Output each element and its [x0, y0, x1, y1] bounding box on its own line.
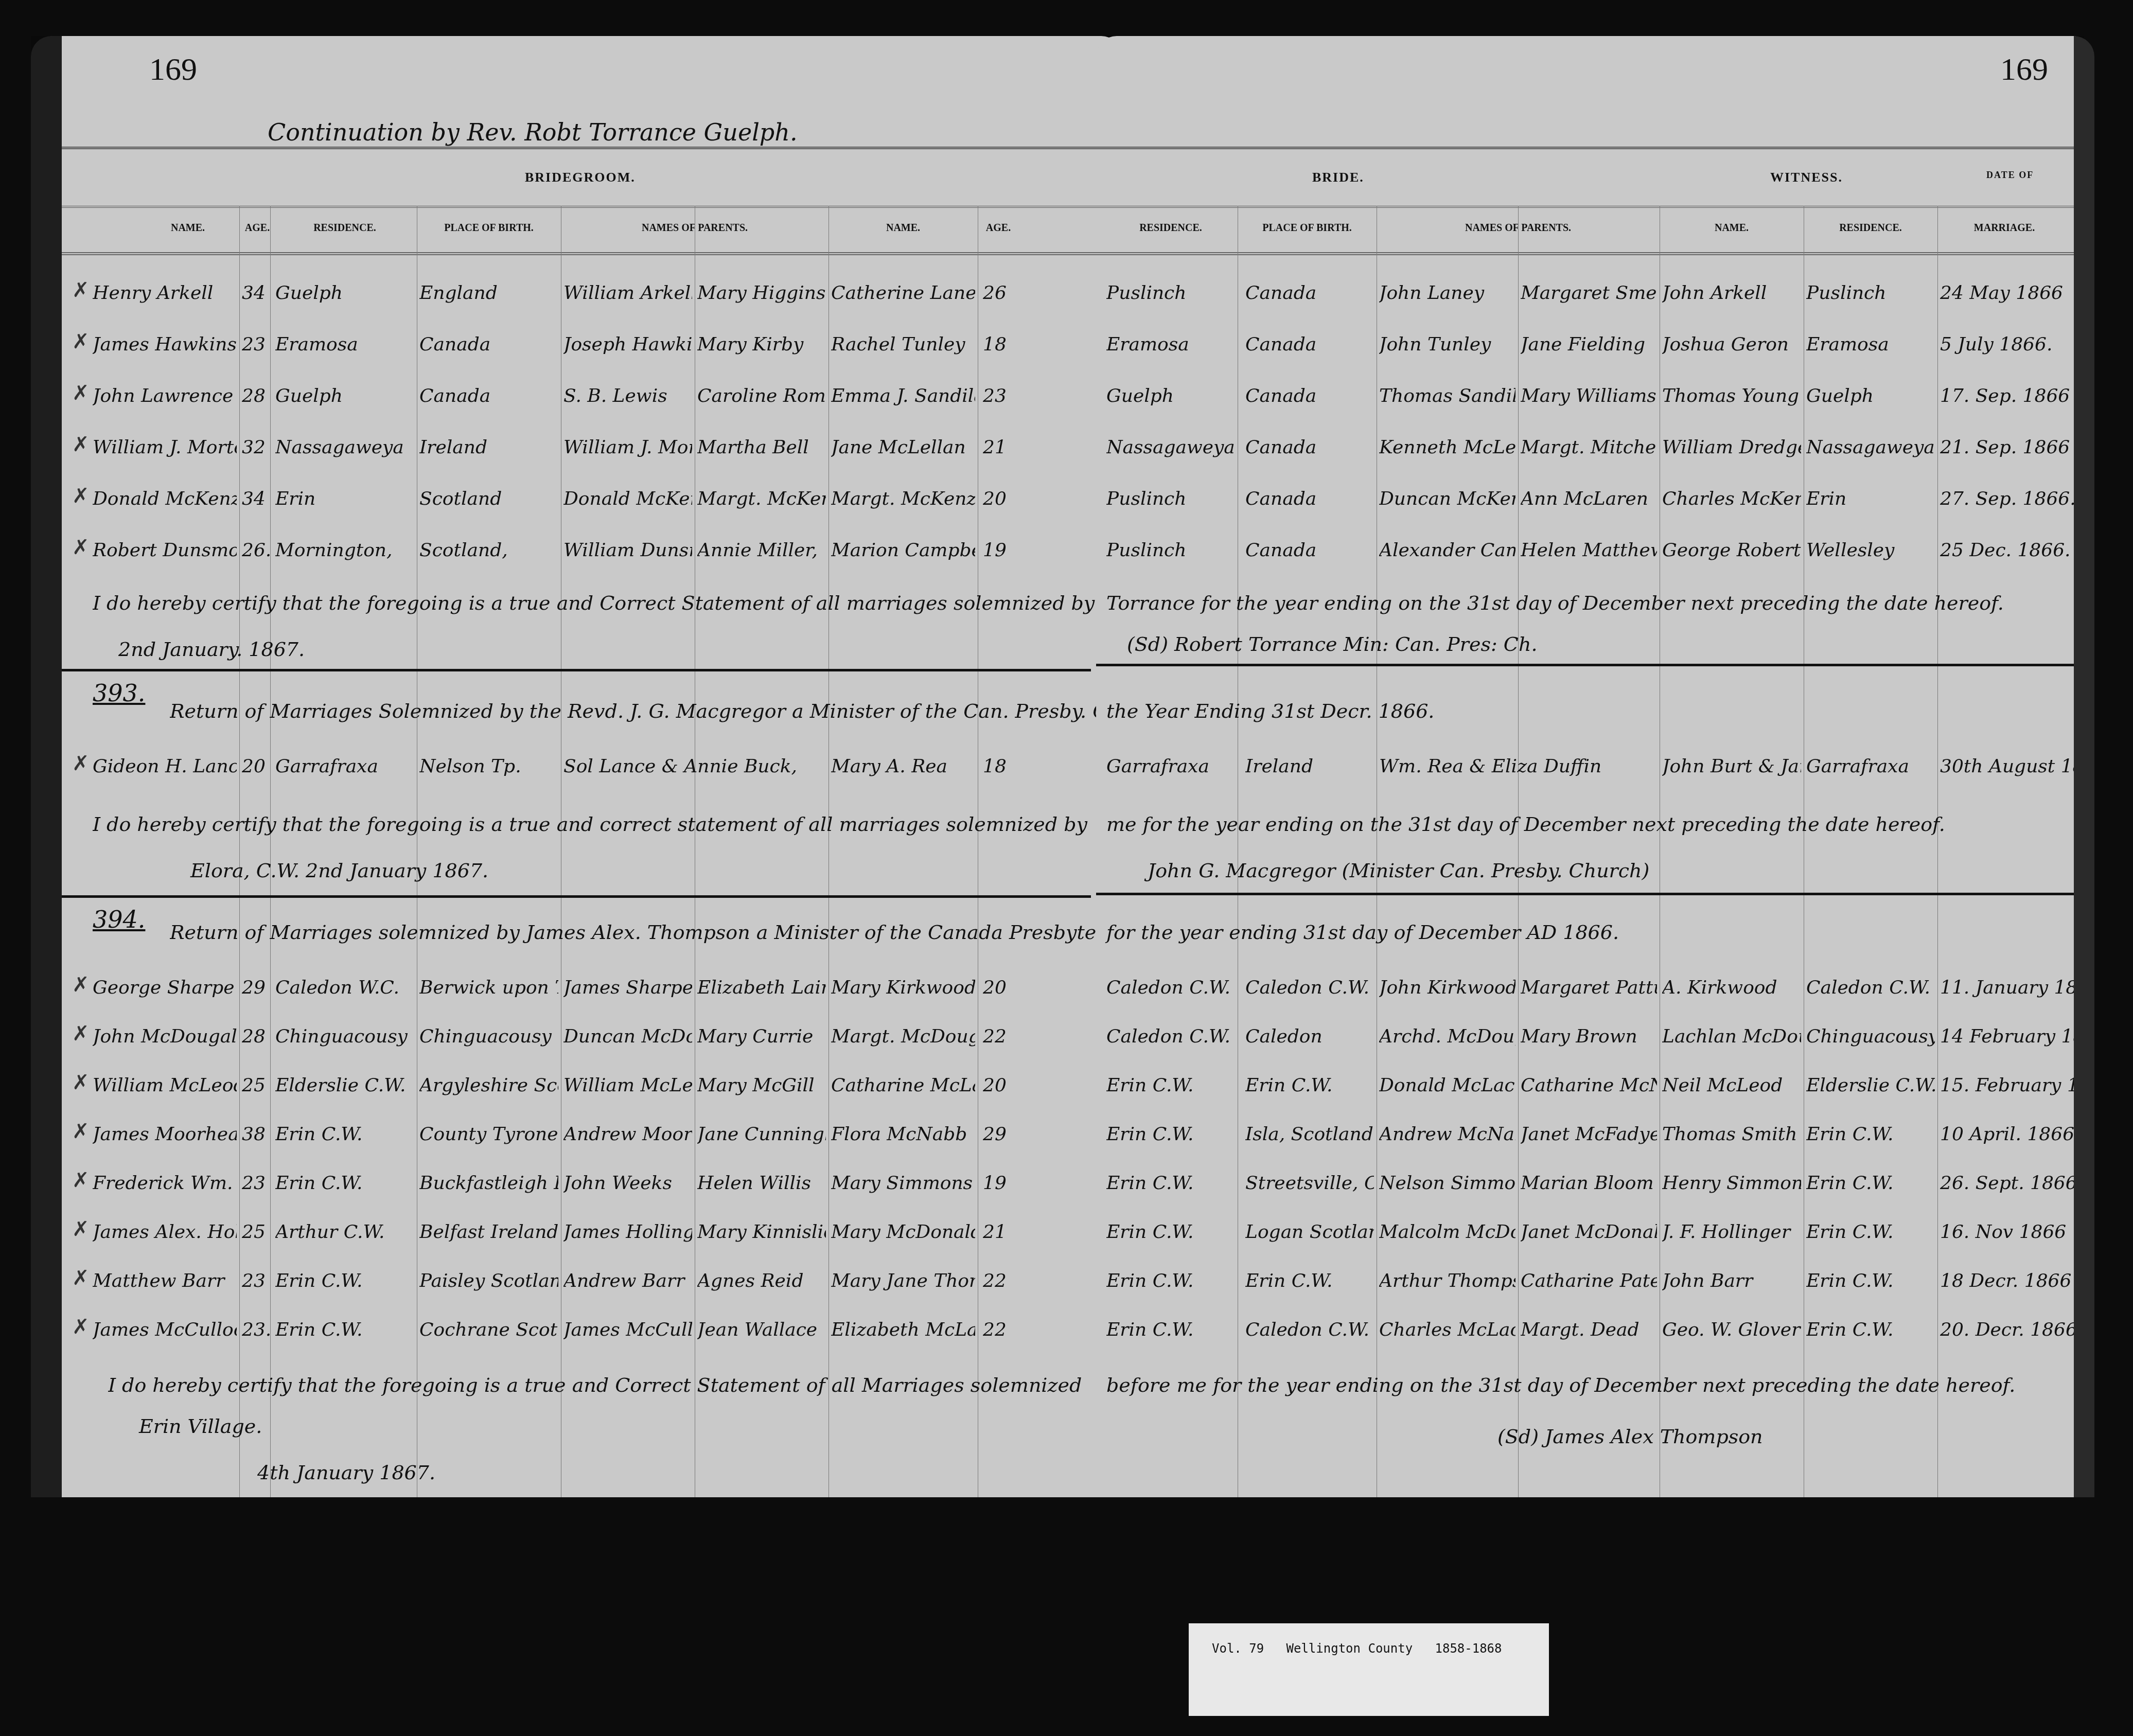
bride-name: Emma J. Sandilands: [831, 381, 975, 412]
bride-birthplace: Canada: [1245, 329, 1374, 360]
check-mark-icon: ✗: [72, 751, 90, 775]
table-row: ✗ James McCulloch 23. Erin C.W. Cochrane…: [62, 1315, 1122, 1366]
right-page: 169 BRIDE. WITNESS. DATE OF RESIDENCE. P…: [1096, 36, 2094, 1497]
groom-residence: Erin C.W.: [275, 1315, 414, 1345]
bride-birthplace: Ireland: [1245, 751, 1374, 782]
witness-residence: Erin C.W.: [1806, 1266, 1935, 1297]
groom-name: James Moorhead: [93, 1119, 237, 1150]
archive-label-text: Vol. 79 Wellington County 1858-1868: [1212, 1641, 1502, 1656]
bride-mother: Jane Fielding: [1521, 329, 1657, 360]
bride-residence: Caledon C.W.: [1106, 1021, 1235, 1052]
bride-name: Catharine McLachlan: [831, 1070, 975, 1101]
groom-father: James McCulloch: [563, 1315, 692, 1345]
bride-group-label: BRIDE.: [1312, 170, 1364, 185]
page-number-right: 169: [2000, 51, 2048, 88]
groom-birthplace: Scotland,: [419, 535, 558, 566]
groom-father: William Dunsmore: [563, 535, 692, 566]
table-row: ✗ William McLeod 25 Elderslie C.W. Argyl…: [62, 1070, 1122, 1122]
bride-age: 18: [983, 329, 1014, 360]
marriage-date: 14 February 1866: [1940, 1021, 2074, 1052]
groom-mother: Caroline Romain: [697, 381, 826, 412]
groom-mother: Mary Kinnislie: [697, 1217, 826, 1248]
groom-residence: Erin C.W.: [275, 1168, 414, 1199]
witness-residence: Garrafraxa: [1806, 751, 1935, 782]
col-groom-birthplace: PLACE OF BIRTH.: [417, 222, 561, 234]
witness-name: Thomas Young Grant: [1662, 381, 1801, 412]
table-row: Puslinch Canada Duncan McKenzie Ann McLa…: [1096, 484, 2074, 535]
groom-parents: Sol Lance & Annie Buck,: [563, 751, 826, 782]
bride-father: John Laney: [1379, 278, 1515, 309]
check-mark-icon: ✗: [72, 1266, 90, 1290]
page-number-left: 169: [149, 51, 197, 88]
bride-mother: Ann McLaren: [1521, 484, 1657, 515]
groom-mother: Martha Bell: [697, 432, 826, 463]
groom-age: 34: [242, 278, 270, 309]
bride-father: Donald McLachlan: [1379, 1070, 1515, 1101]
marriage-date: 5 July 1866.: [1940, 329, 2074, 360]
bride-residence: Puslinch: [1106, 535, 1235, 566]
groom-mother: Annie Miller,: [697, 535, 826, 566]
bride-birthplace: Logan Scotland: [1245, 1217, 1374, 1248]
marriage-date: 25 Dec. 1866.: [1940, 535, 2074, 566]
witness-residence: Erin C.W.: [1806, 1315, 1935, 1345]
place-394: Erin Village.: [139, 1415, 262, 1438]
bride-residence: Erin C.W.: [1106, 1168, 1235, 1199]
groom-residence: Elderslie C.W.: [275, 1070, 414, 1101]
marriage-date: 11. January 1866: [1940, 972, 2074, 1003]
bride-father: Alexander Campbell: [1379, 535, 1515, 566]
groom-residence: Caledon W.C.: [275, 972, 414, 1003]
witness-name: John Burt & Jane Burt: [1662, 751, 1801, 782]
table-row: ✗ William J. Morton 32 Nassagaweya Irela…: [62, 432, 1122, 484]
col-bride-age: AGE.: [983, 222, 1014, 234]
groom-father: Andrew Barr: [563, 1266, 692, 1297]
table-row: Erin C.W. Isla, Scotland Andrew McNabb J…: [1096, 1119, 2074, 1171]
check-mark-icon: ✗: [72, 329, 90, 353]
check-mark-icon: ✗: [72, 1021, 90, 1046]
bride-birthplace: Erin C.W.: [1245, 1070, 1374, 1101]
bride-father: Arthur Thompson: [1379, 1266, 1515, 1297]
bride-residence: Erin C.W.: [1106, 1315, 1235, 1345]
check-mark-icon: ✗: [72, 1168, 90, 1192]
table-row: Guelph Canada Thomas Sandilands Mary Wil…: [1096, 381, 2074, 432]
check-mark-icon: ✗: [72, 432, 90, 456]
groom-mother: Jean Wallace: [697, 1315, 826, 1345]
table-row: Caledon C.W. Caledon Archd. McDougall Ma…: [1096, 1021, 2074, 1073]
groom-mother: Jane Cunningham: [697, 1119, 826, 1150]
groom-father: John Weeks: [563, 1168, 692, 1199]
witness-name: A. Kirkwood: [1662, 972, 1801, 1003]
marriage-date: 27. Sep. 1866.: [1940, 484, 2074, 515]
signature-macgregor: John G. Macgregor (Minister Can. Presby.…: [1148, 859, 1649, 882]
col-witness-name: NAME.: [1660, 222, 1804, 234]
signature-torrance: (Sd) Robert Torrance Min: Can. Pres: Ch.: [1127, 633, 1538, 656]
check-mark-icon: ✗: [72, 484, 90, 508]
certification-statement-3: I do hereby certify that the foregoing i…: [108, 1374, 1117, 1396]
bride-mother: Marian Bloom: [1521, 1168, 1657, 1199]
table-row: Erin C.W. Logan Scotland Malcolm McDonal…: [1096, 1217, 2074, 1268]
groom-mother: Mary Higgins: [697, 278, 826, 309]
groom-residence: Erin C.W.: [275, 1266, 414, 1297]
groom-name: William McLeod: [93, 1070, 237, 1101]
col-bride-name: NAME.: [828, 222, 978, 234]
check-mark-icon: ✗: [72, 381, 90, 405]
col-groom-name: NAME.: [139, 222, 237, 234]
groom-name: John McDougall: [93, 1021, 237, 1052]
bride-name: Marion Campbell: [831, 535, 975, 566]
table-row: ✗ James Moorhead 38 Erin C.W. County Tyr…: [62, 1119, 1122, 1171]
table-row: Eramosa Canada John Tunley Jane Fielding…: [1096, 329, 2074, 381]
marriage-date: 18 Decr. 1866: [1940, 1266, 2074, 1297]
witness-residence: Wellesley: [1806, 535, 1935, 566]
bride-father: Thomas Sandilands: [1379, 381, 1515, 412]
groom-mother: Helen Willis: [697, 1168, 826, 1199]
bride-birthplace: Canada: [1245, 381, 1374, 412]
bride-residence: Puslinch: [1106, 278, 1235, 309]
witness-residence: Nassagaweya: [1806, 432, 1935, 463]
column-header-row: NAME. AGE. RESIDENCE. PLACE OF BIRTH. NA…: [62, 206, 1122, 255]
groom-name: William J. Morton: [93, 432, 237, 463]
bride-mother: Margaret Smellie: [1521, 278, 1657, 309]
bride-birthplace: Caledon C.W.: [1245, 1315, 1374, 1345]
bride-age: 19: [983, 1168, 1014, 1199]
bride-father: Duncan McKenzie: [1379, 484, 1515, 515]
bride-age: 21: [983, 1217, 1014, 1248]
witness-name: William Dredge: [1662, 432, 1801, 463]
groom-residence: Erin C.W.: [275, 1119, 414, 1150]
bride-age: 20: [983, 484, 1014, 515]
witness-name: Thomas Smith: [1662, 1119, 1801, 1150]
bride-residence: Garrafraxa: [1106, 751, 1235, 782]
groom-name: Donald McKenzie: [93, 484, 237, 515]
table-row: Puslinch Canada John Laney Margaret Smel…: [1096, 278, 2074, 329]
bride-age: 21: [983, 432, 1014, 463]
groom-name: Frederick Wm. Weeks: [93, 1168, 237, 1199]
bride-age: 20: [983, 1070, 1014, 1101]
witness-name: Lachlan McDougall: [1662, 1021, 1801, 1052]
bride-residence: Erin C.W.: [1106, 1070, 1235, 1101]
marriage-date: 16. Nov 1866: [1940, 1217, 2074, 1248]
bride-name: Mary Simmons: [831, 1168, 975, 1199]
col-bride-residence: RESIDENCE.: [1106, 222, 1235, 234]
bride-residence: Caledon C.W.: [1106, 972, 1235, 1003]
column-header-row: RESIDENCE. PLACE OF BIRTH. NAMES OF PARE…: [1096, 206, 2074, 255]
check-mark-icon: ✗: [72, 1119, 90, 1143]
groom-residence: Erin: [275, 484, 414, 515]
marriage-date: 10 April. 1866.: [1940, 1119, 2074, 1150]
table-row: Nassagaweya Canada Kenneth McLellan Marg…: [1096, 432, 2074, 484]
groom-age: 28: [242, 381, 270, 412]
groom-age: 29: [242, 972, 270, 1003]
continuation-caption: Continuation by Rev. Robt Torrance Guelp…: [268, 118, 798, 146]
witness-name: J. F. Hollinger: [1662, 1217, 1801, 1248]
groom-birthplace: Argyleshire Scotland: [419, 1070, 558, 1101]
bride-name: Mary McDonald: [831, 1217, 975, 1248]
table-row: Erin C.W. Erin C.W. Donald McLachlan Cat…: [1096, 1070, 2074, 1122]
groom-birthplace: Scotland: [419, 484, 558, 515]
bride-birthplace: Isla, Scotland: [1245, 1119, 1374, 1150]
witness-name: Charles McKenzie: [1662, 484, 1801, 515]
bride-mother: Janet McDonald: [1521, 1217, 1657, 1248]
bride-age: 26: [983, 278, 1014, 309]
bride-residence: Eramosa: [1106, 329, 1235, 360]
bride-age: 19: [983, 535, 1014, 566]
bride-name: Margt. McKenzie: [831, 484, 975, 515]
marriage-date: 30th August 1866.: [1940, 751, 2074, 782]
groom-age: 20: [242, 751, 270, 782]
bride-name: Rachel Tunley: [831, 329, 975, 360]
bride-father: Andrew McNabb: [1379, 1119, 1515, 1150]
groom-father: William J. Morton: [563, 432, 692, 463]
archive-label-card: Vol. 79 Wellington County 1858-1868: [1189, 1623, 1549, 1716]
groom-name: Henry Arkell: [93, 278, 237, 309]
groom-residence: Chinguacousy C.W.: [275, 1021, 414, 1052]
bride-mother: Margt. Dead: [1521, 1315, 1657, 1345]
witness-name: Neil McLeod: [1662, 1070, 1801, 1101]
witness-name: John Barr: [1662, 1266, 1801, 1297]
bridegroom-group-label: BRIDEGROOM.: [525, 170, 636, 185]
groom-birthplace: Canada: [419, 329, 558, 360]
marriage-date: 24 May 1866: [1940, 278, 2074, 309]
groom-birthplace: Cochrane Scotland: [419, 1315, 558, 1345]
groom-mother: Mary McGill: [697, 1070, 826, 1101]
groom-age: 23.: [242, 1315, 270, 1345]
bride-mother: Catharine McNair: [1521, 1070, 1657, 1101]
witness-name: Henry Simmons: [1662, 1168, 1801, 1199]
col-bride-birthplace: PLACE OF BIRTH.: [1238, 222, 1377, 234]
witness-residence: Eramosa: [1806, 329, 1935, 360]
entry-number-393: 393.: [93, 679, 145, 707]
bride-father: Malcolm McDonald: [1379, 1217, 1515, 1248]
groom-father: Donald McKenzie: [563, 484, 692, 515]
table-row: ✗ Robert Dunsmore 26. Mornington, Scotla…: [62, 535, 1122, 587]
marriage-date: 21. Sep. 1866: [1940, 432, 2074, 463]
check-mark-icon: ✗: [72, 1070, 90, 1094]
groom-name: James McCulloch: [93, 1315, 237, 1345]
bride-age: 22: [983, 1315, 1014, 1345]
groom-age: 23: [242, 1168, 270, 1199]
groom-birthplace: Chinguacousy: [419, 1021, 558, 1052]
witness-residence: Guelph: [1806, 381, 1935, 412]
groom-mother: Mary Kirby: [697, 329, 826, 360]
groom-father: Duncan McDougall: [563, 1021, 692, 1052]
table-row: ✗ Frederick Wm. Weeks 23 Erin C.W. Buckf…: [62, 1168, 1122, 1219]
bride-birthplace: Canada: [1245, 535, 1374, 566]
groom-age: 26.: [242, 535, 270, 566]
witness-residence: Erin C.W.: [1806, 1119, 1935, 1150]
certification-statement-2: I do hereby certify that the foregoing i…: [93, 813, 1117, 836]
col-groom-residence: RESIDENCE.: [273, 222, 417, 234]
groom-residence: Garrafraxa: [275, 751, 414, 782]
certification-date-1: 2nd January. 1867.: [118, 638, 305, 661]
return-intro-394: Return of Marriages solemnized by James …: [170, 921, 1117, 944]
groom-birthplace: Ireland: [419, 432, 558, 463]
check-mark-icon: ✗: [72, 1217, 90, 1241]
bride-name: Jane McLellan: [831, 432, 975, 463]
groom-name: James Alex. Hollinger: [93, 1217, 237, 1248]
bride-father: Archd. McDougall: [1379, 1021, 1515, 1052]
groom-age: 23: [242, 1266, 270, 1297]
check-mark-icon: ✗: [72, 972, 90, 997]
groom-name: John Lawrence Lewis: [93, 381, 237, 412]
bride-father: Nelson Simmons: [1379, 1168, 1515, 1199]
table-row: ✗ James Hawkins 23 Eramosa Canada Joseph…: [62, 329, 1122, 381]
groom-birthplace: Canada: [419, 381, 558, 412]
groom-name: George Sharpe: [93, 972, 237, 1003]
bride-mother: Margaret Pattullo: [1521, 972, 1657, 1003]
bride-name: Catherine Laney: [831, 278, 975, 309]
left-page: 169 Continuation by Rev. Robt Torrance G…: [31, 36, 1122, 1497]
witness-residence: Caledon C.W.: [1806, 972, 1935, 1003]
table-row: Erin C.W. Streetsville, C.W. Nelson Simm…: [1096, 1168, 2074, 1219]
witness-group-label: WITNESS.: [1770, 170, 1843, 185]
groom-age: 23: [242, 329, 270, 360]
groom-residence: Guelph: [275, 381, 414, 412]
witness-name: Geo. W. Glover: [1662, 1315, 1801, 1345]
groom-father: James Sharpe: [563, 972, 692, 1003]
table-row: Caledon C.W. Caledon C.W. John Kirkwood …: [1096, 972, 2074, 1024]
groom-age: 38: [242, 1119, 270, 1150]
groom-age: 25: [242, 1217, 270, 1248]
bride-name: Flora McNabb: [831, 1119, 975, 1150]
group-header-band: BRIDE. WITNESS. DATE OF: [1096, 147, 2074, 208]
signature-thompson: (Sd) James Alex Thompson: [1497, 1425, 1763, 1448]
groom-name: James Hawkins: [93, 329, 237, 360]
bride-mother: Margt. Mitchell: [1521, 432, 1657, 463]
check-mark-icon: ✗: [72, 278, 90, 302]
bride-father: Kenneth McLellan: [1379, 432, 1515, 463]
bride-residence: Erin C.W.: [1106, 1266, 1235, 1297]
return-intro-393: Return of Marriages Solemnized by the Re…: [170, 700, 1117, 722]
groom-birthplace: Buckfastleigh England: [419, 1168, 558, 1199]
groom-birthplace: Nelson Tp.: [419, 751, 558, 782]
groom-mother: Margt. McKenzie: [697, 484, 826, 515]
return-intro-393-cont: the Year Ending 31st Decr. 1866.: [1106, 700, 1434, 722]
bride-birthplace: Caledon C.W.: [1245, 972, 1374, 1003]
groom-age: 25: [242, 1070, 270, 1101]
groom-birthplace: Belfast Ireland: [419, 1217, 558, 1248]
group-header-band: BRIDEGROOM.: [62, 147, 1122, 208]
return-intro-394-cont: for the year ending 31st day of December…: [1106, 921, 1619, 944]
groom-residence: Guelph: [275, 278, 414, 309]
witness-name: John Arkell: [1662, 278, 1801, 309]
table-row: ✗ Matthew Barr 23 Erin C.W. Paisley Scot…: [62, 1266, 1122, 1317]
groom-father: Joseph Hawkins: [563, 329, 692, 360]
witness-residence: Erin C.W.: [1806, 1168, 1935, 1199]
certification-statement-1: I do hereby certify that the foregoing i…: [93, 592, 1117, 614]
witness-residence: Chinguacousy: [1806, 1021, 1935, 1052]
bride-birthplace: Canada: [1245, 484, 1374, 515]
bride-age: 29: [983, 1119, 1014, 1150]
bride-mother: Mary Brown: [1521, 1021, 1657, 1052]
bride-mother: Mary Williamson: [1521, 381, 1657, 412]
col-marriage-date: MARRIAGE.: [1937, 222, 2071, 234]
bride-name: Mary Kirkwood: [831, 972, 975, 1003]
bride-residence: Guelph: [1106, 381, 1235, 412]
bride-parents: Wm. Rea & Eliza Duffin: [1379, 751, 1657, 782]
table-row: ✗ Henry Arkell 34 Guelph England William…: [62, 278, 1122, 329]
groom-age: 32: [242, 432, 270, 463]
date-of-group-label: DATE OF: [1986, 170, 2034, 181]
witness-residence: Erin C.W.: [1806, 1217, 1935, 1248]
section-divider: [1096, 664, 2074, 666]
bride-age: 23: [983, 381, 1014, 412]
marriage-date: 20. Decr. 1866.: [1940, 1315, 2074, 1345]
groom-residence: Arthur C.W.: [275, 1217, 414, 1248]
groom-mother: Mary Currie: [697, 1021, 826, 1052]
groom-residence: Nassagaweya: [275, 432, 414, 463]
check-mark-icon: ✗: [72, 535, 90, 559]
bride-father: John Kirkwood: [1379, 972, 1515, 1003]
check-mark-icon: ✗: [72, 1315, 90, 1339]
table-row: Erin C.W. Erin C.W. Arthur Thompson Cath…: [1096, 1266, 2074, 1317]
bride-mother: Catharine Paterson: [1521, 1266, 1657, 1297]
table-row: ✗ John Lawrence Lewis 28 Guelph Canada S…: [62, 381, 1122, 432]
bride-age: 20: [983, 972, 1014, 1003]
bride-age: 22: [983, 1266, 1014, 1297]
groom-age: 28: [242, 1021, 270, 1052]
bride-name: Margt. McDougall: [831, 1021, 975, 1052]
groom-mother: Agnes Reid: [697, 1266, 826, 1297]
table-row: Erin C.W. Caledon C.W. Charles McLachlan…: [1096, 1315, 2074, 1366]
register-book: 169 Continuation by Rev. Robt Torrance G…: [31, 36, 2084, 1497]
groom-father: James Hollinger: [563, 1217, 692, 1248]
section-divider: [62, 669, 1091, 671]
bride-name: Mary Jane Thompson: [831, 1266, 975, 1297]
place-date-393: Elora, C.W. 2nd January 1867.: [190, 859, 488, 882]
witness-residence: Erin: [1806, 484, 1935, 515]
groom-residence: Mornington,: [275, 535, 414, 566]
witness-residence: Elderslie C.W.: [1806, 1070, 1935, 1101]
table-row: ✗ James Alex. Hollinger 25 Arthur C.W. B…: [62, 1217, 1122, 1268]
bride-father: John Tunley: [1379, 329, 1515, 360]
witness-name: Joshua Geron: [1662, 329, 1801, 360]
groom-father: Andrew Moorhead: [563, 1119, 692, 1150]
bride-residence: Nassagaweya: [1106, 432, 1235, 463]
bride-mother: Janet McFadyen: [1521, 1119, 1657, 1150]
section-divider: [1096, 893, 2074, 895]
bride-birthplace: Streetsville, C.W.: [1245, 1168, 1374, 1199]
marriage-date: 15. February 1866: [1940, 1070, 2074, 1101]
bride-birthplace: Canada: [1245, 432, 1374, 463]
bride-name: Elizabeth McLachlan: [831, 1315, 975, 1345]
groom-birthplace: County Tyrone Ireland: [419, 1119, 558, 1150]
groom-mother: Elizabeth Laing: [697, 972, 826, 1003]
marriage-date: 17. Sep. 1866: [1940, 381, 2074, 412]
bride-age: 22: [983, 1021, 1014, 1052]
certification-statement-3-cont: before me for the year ending on the 31s…: [1106, 1374, 2064, 1396]
certification-statement-1-cont: Torrance for the year ending on the 31st…: [1106, 592, 2064, 614]
table-row: ✗ John McDougall 28 Chinguacousy C.W. Ch…: [62, 1021, 1122, 1073]
bride-father: Charles McLachlan: [1379, 1315, 1515, 1345]
groom-birthplace: Berwick upon Tweed: [419, 972, 558, 1003]
table-row: ✗ Donald McKenzie 34 Erin Scotland Donal…: [62, 484, 1122, 535]
groom-name: Gideon H. Lance: [93, 751, 237, 782]
groom-father: William Arkell: [563, 278, 692, 309]
witness-name: George Robertson: [1662, 535, 1801, 566]
bride-residence: Erin C.W.: [1106, 1119, 1235, 1150]
bride-age: 18: [983, 751, 1014, 782]
bride-residence: Puslinch: [1106, 484, 1235, 515]
marriage-date: 26. Sept. 1866.: [1940, 1168, 2074, 1199]
witness-residence: Puslinch: [1806, 278, 1935, 309]
groom-residence: Eramosa: [275, 329, 414, 360]
table-row: Garrafraxa Ireland Wm. Rea & Eliza Duffi…: [1096, 751, 2074, 803]
groom-age: 34: [242, 484, 270, 515]
bride-birthplace: Canada: [1245, 278, 1374, 309]
bride-birthplace: Caledon: [1245, 1021, 1374, 1052]
col-witness-residence: RESIDENCE.: [1804, 222, 1937, 234]
